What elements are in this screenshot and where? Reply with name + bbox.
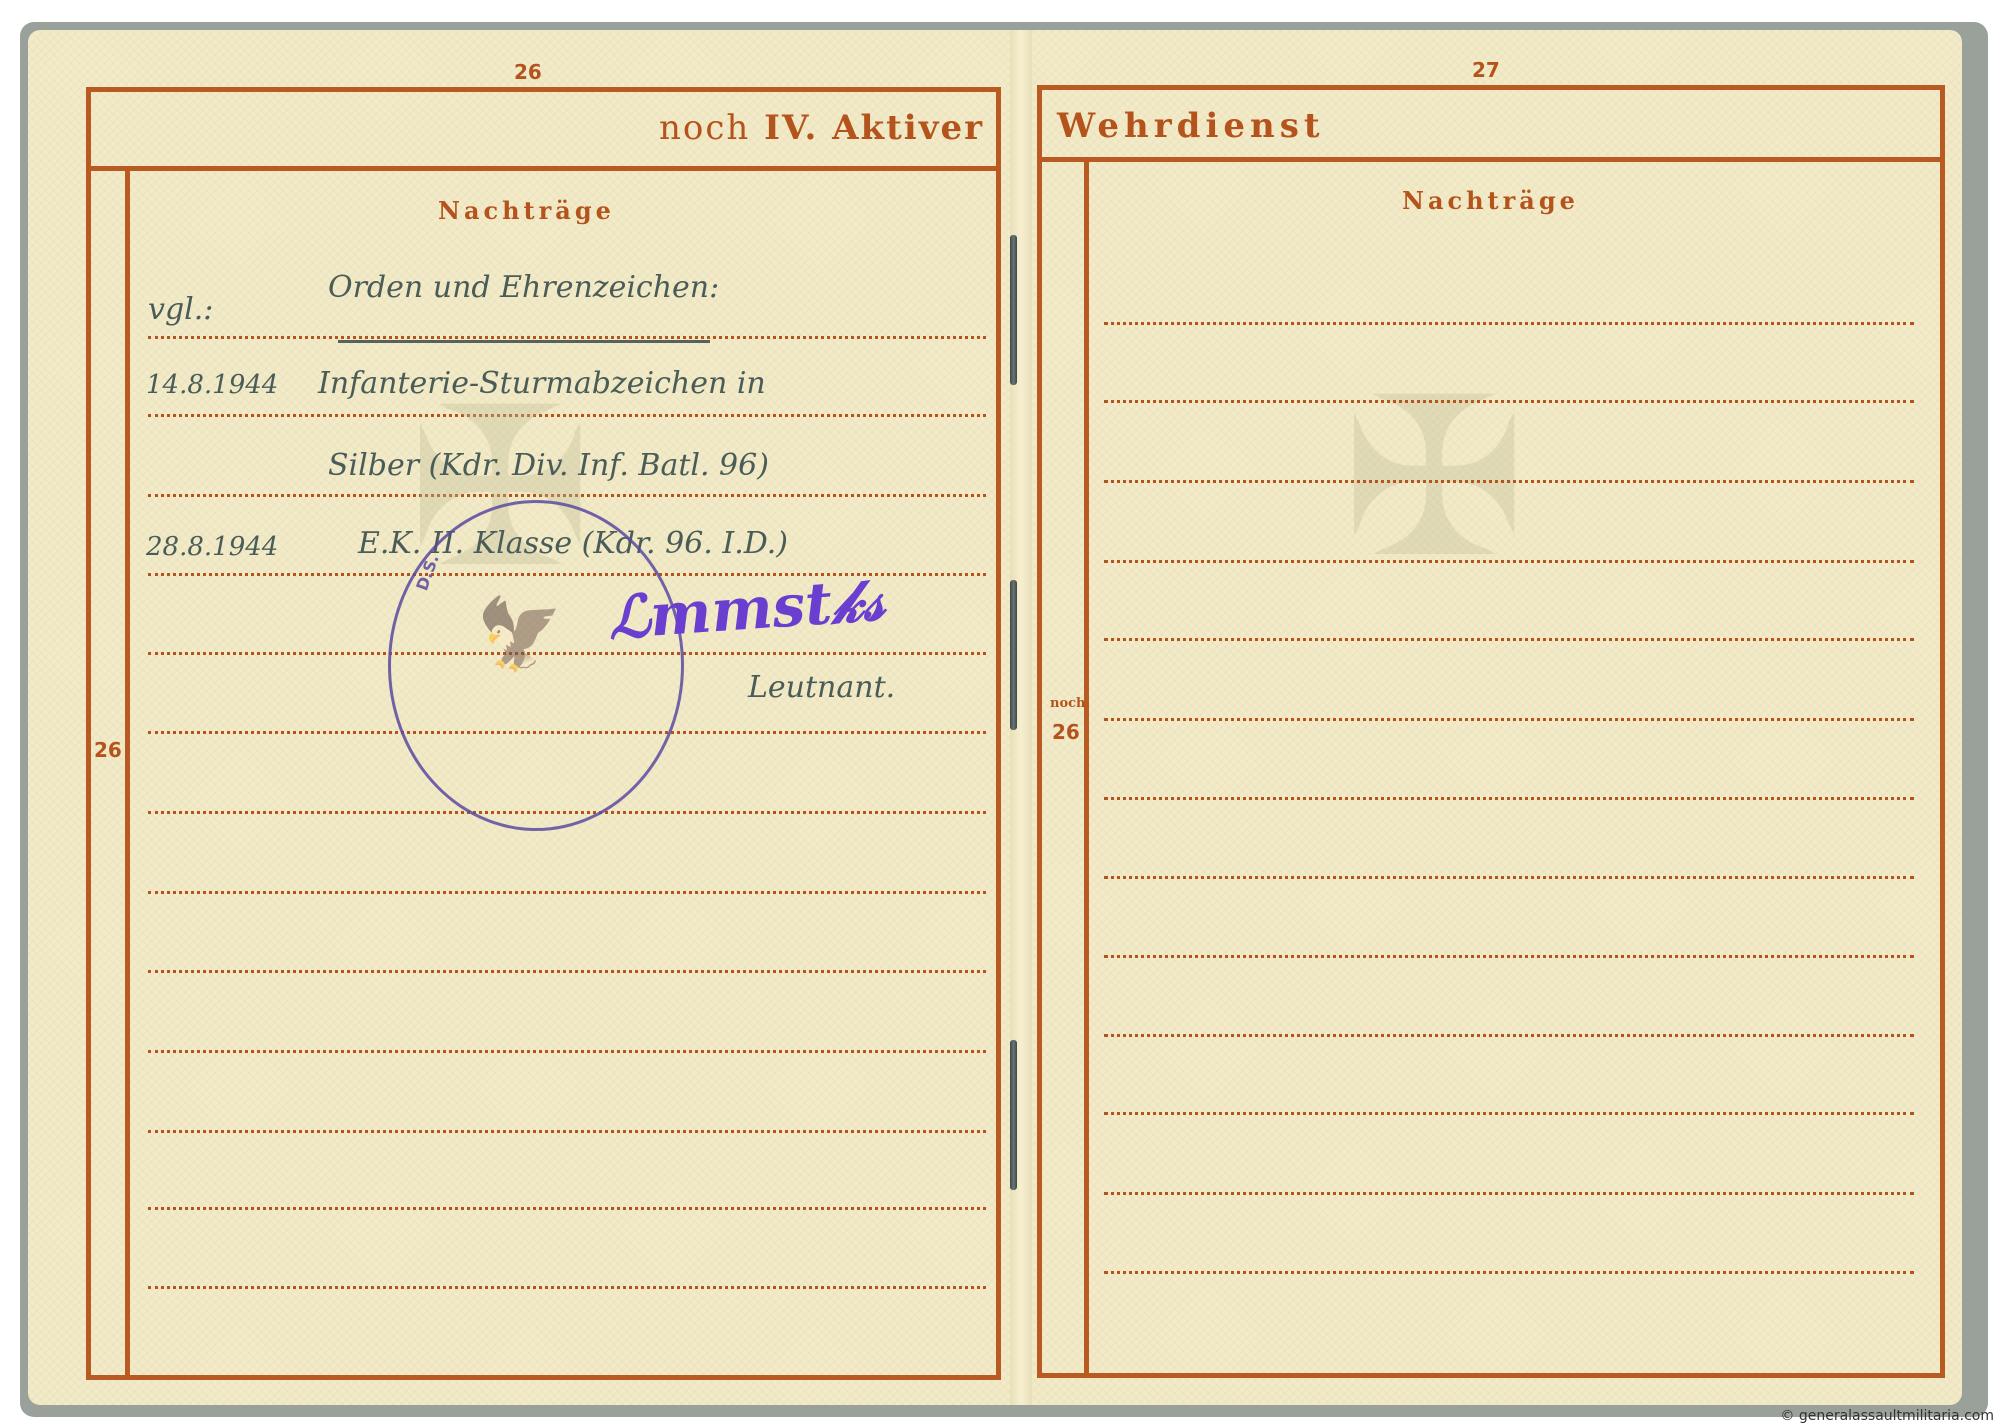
dotted-line [148, 1130, 986, 1133]
dotted-line [1104, 718, 1914, 721]
header-title: Wehrdienst [1057, 106, 1325, 146]
page-number: 26 [514, 60, 542, 84]
eagle-watermark: ✠ [1342, 350, 1526, 606]
dotted-line [1104, 638, 1914, 641]
dotted-line [1104, 955, 1914, 958]
dotted-line [1104, 480, 1914, 483]
signature-rank: Leutnant. [748, 670, 895, 705]
header-prefix: noch [659, 108, 750, 148]
section-title: Nachträge [438, 196, 615, 225]
dotted-line [148, 1207, 986, 1210]
margin-noch: noch [1050, 696, 1086, 711]
staple-top [1010, 235, 1017, 385]
header-divider [1037, 157, 1945, 162]
dotted-line [148, 1050, 986, 1053]
dotted-line [1104, 1271, 1914, 1274]
page-number: 27 [1472, 58, 1500, 82]
page-frame [1037, 85, 1945, 1378]
dotted-line [148, 970, 986, 973]
margin-number: 26 [94, 738, 122, 762]
section-title: Nachträge [1402, 186, 1579, 215]
dotted-line [1104, 560, 1914, 563]
entry-date: 14.8.1944 [146, 370, 278, 400]
dotted-line [1104, 1034, 1914, 1037]
official-stamp: D.S. 🦅 [388, 500, 684, 831]
dotted-line [1104, 400, 1914, 403]
dotted-line [148, 1286, 986, 1289]
header-divider [86, 166, 1001, 171]
entry-text: Infanterie-Sturmabzeichen in [318, 366, 766, 401]
left-page: 26 noch IV. Aktiver Nachträge 26 ✠ vgl.:… [28, 30, 1030, 1405]
dotted-line [1104, 797, 1914, 800]
heading-underline [338, 340, 710, 343]
dotted-line [1104, 322, 1914, 325]
right-page: 27 Wehrdienst Nachträge noch 26 ✠ [1032, 30, 1962, 1405]
margin-number: 26 [1052, 720, 1080, 744]
dotted-line [148, 336, 986, 339]
dotted-line [148, 891, 986, 894]
header-main: IV. Aktiver [764, 108, 984, 148]
dotted-line [1104, 876, 1914, 879]
eagle-emblem-icon: 🦅 [476, 593, 563, 676]
staple-bottom [1010, 1040, 1017, 1190]
entry-label: vgl.: [148, 292, 213, 327]
entry-date: 28.8.1944 [146, 532, 278, 562]
entry-text: Silber (Kdr. Div. Inf. Batl. 96) [328, 448, 769, 483]
copyright-watermark: © generalassaultmilitaria.com [1780, 1408, 1994, 1424]
dotted-line [1104, 1112, 1914, 1115]
entry-text: Orden und Ehrenzeichen: [328, 270, 719, 305]
margin-divider [125, 166, 130, 1380]
margin-divider [1084, 157, 1089, 1378]
header-title: noch IV. Aktiver [659, 108, 984, 148]
staple-middle [1010, 580, 1017, 730]
dotted-line [1104, 1192, 1914, 1195]
